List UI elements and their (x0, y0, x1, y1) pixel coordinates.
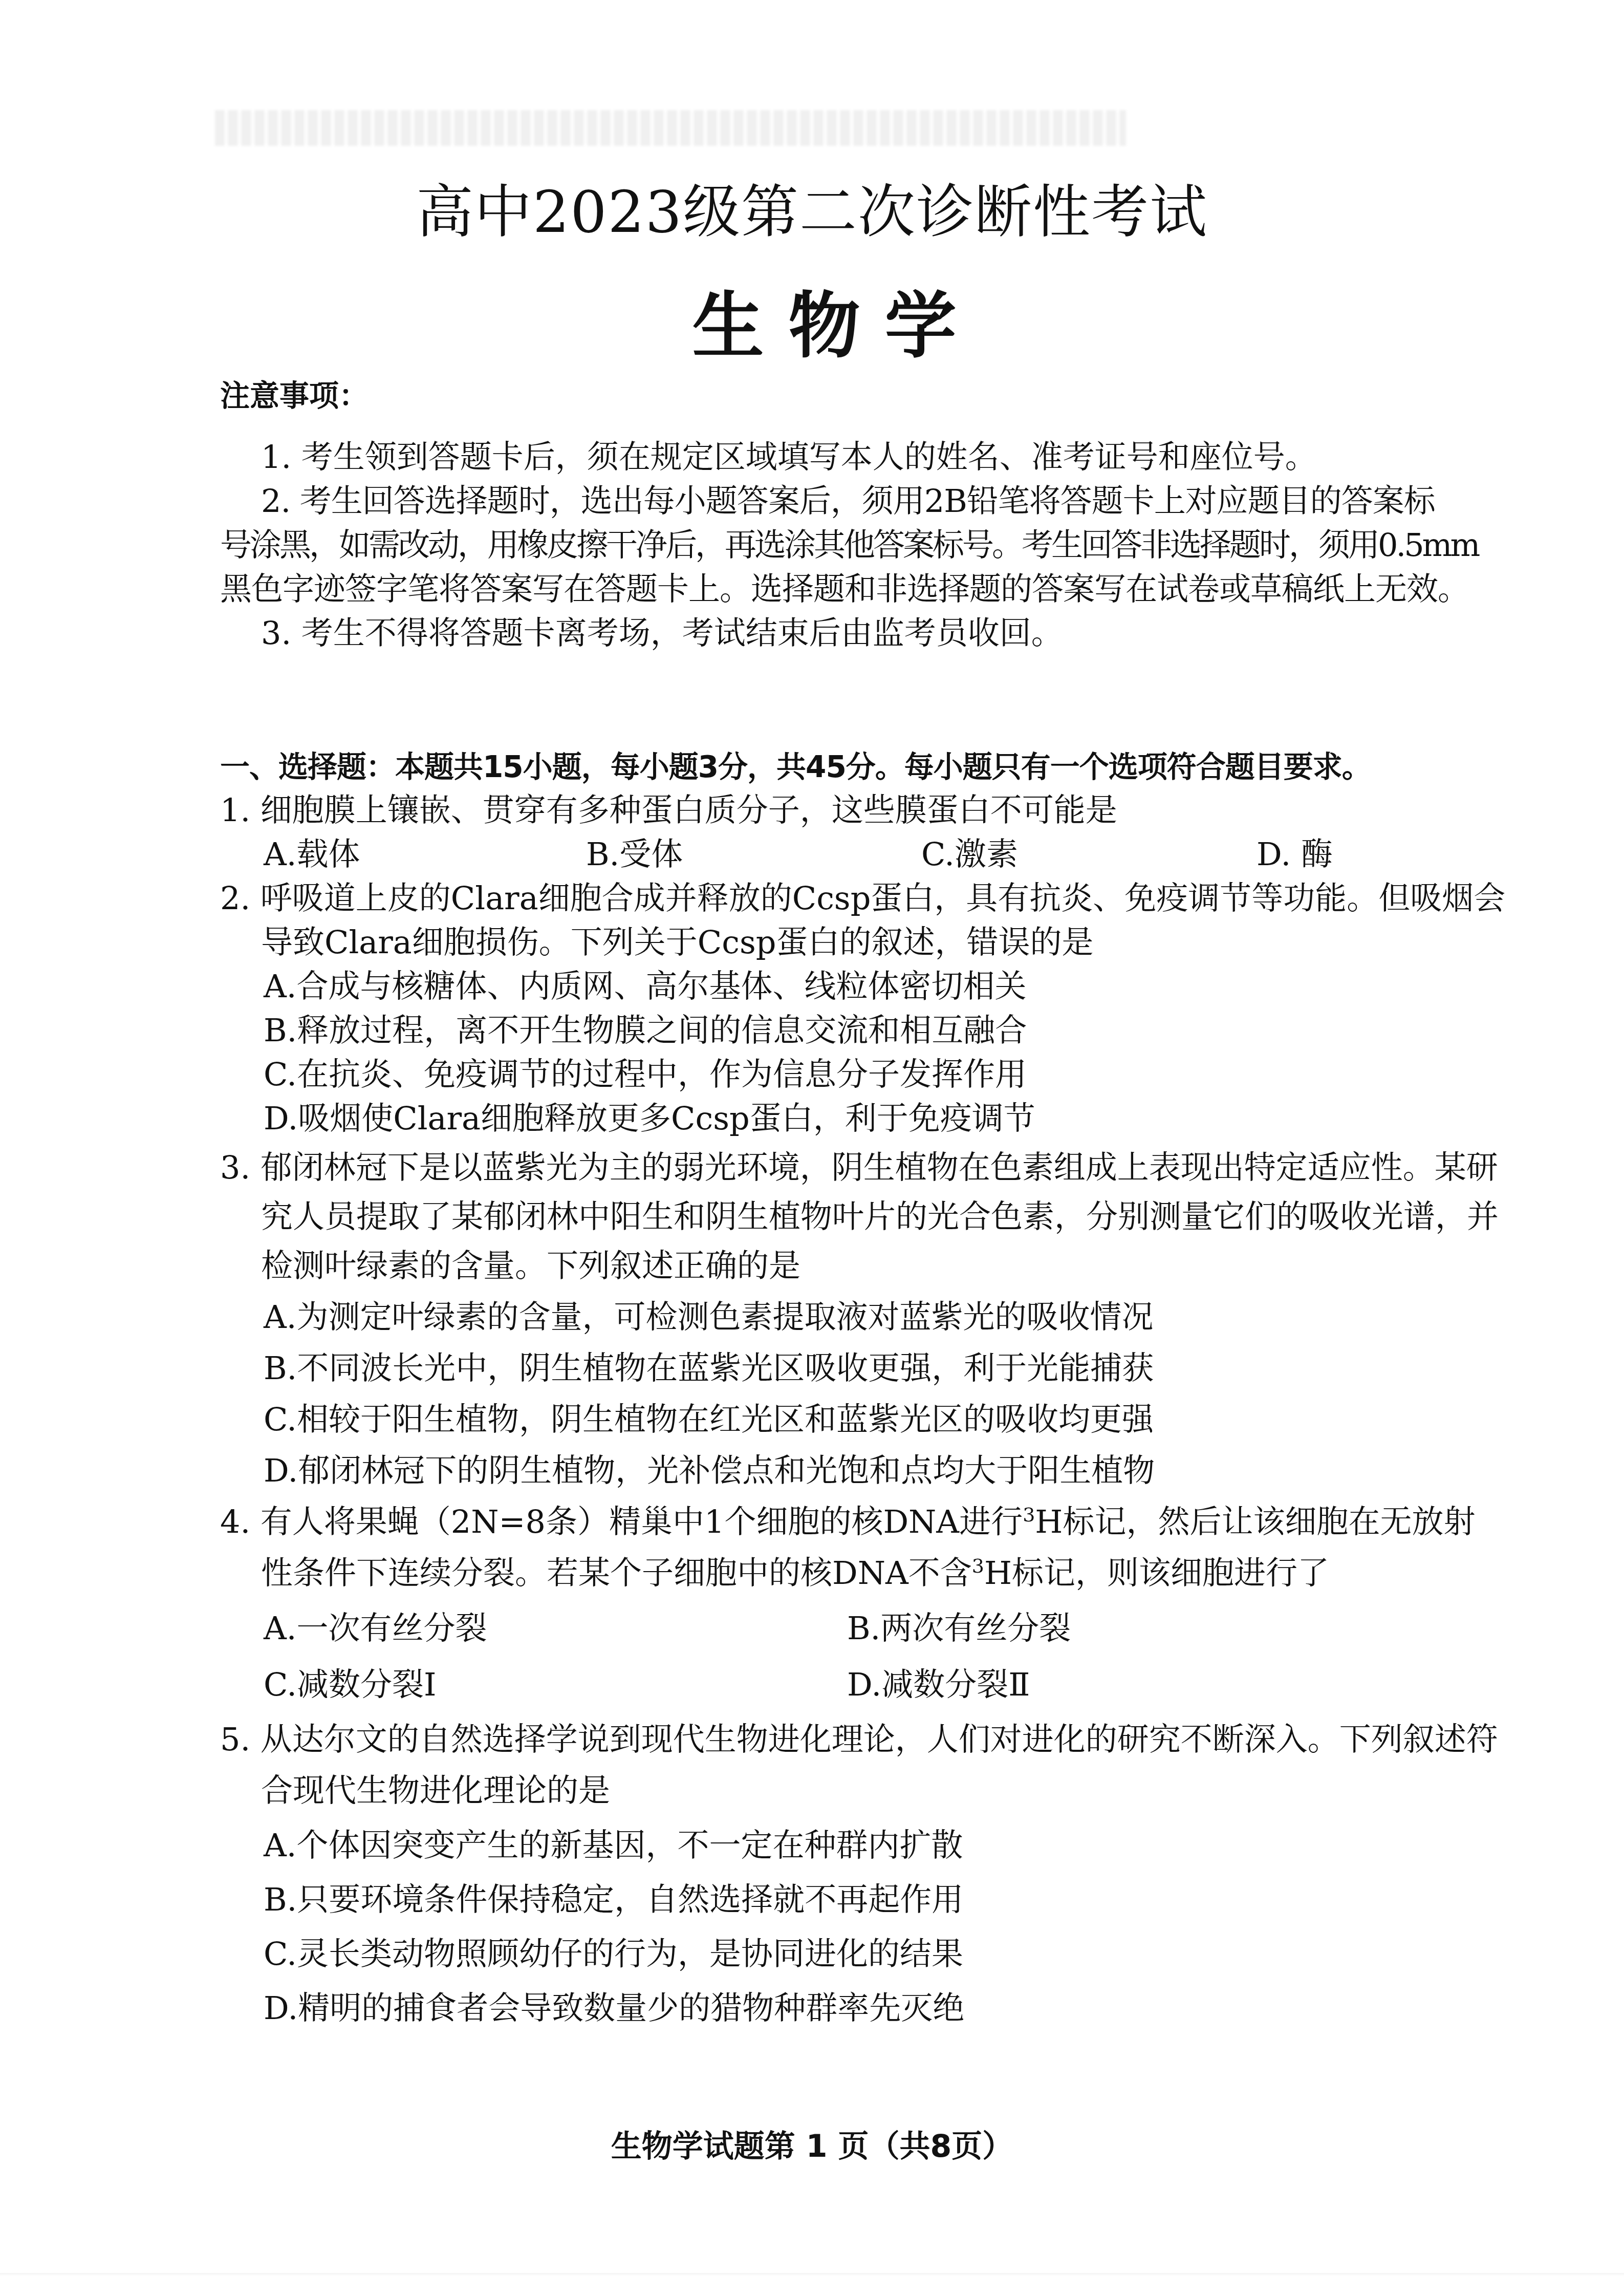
question-1-option-d: D. 酶 (1257, 832, 1333, 876)
question-2-option-b: B.释放过程，离不开生物膜之间的信息交流和相互融合 (264, 1008, 1027, 1053)
question-5-option-d: D.精明的捕食者会导致数量少的猎物种群率先灭绝 (264, 1986, 964, 2030)
question-3-stem-line-2: 究人员提取了某郁闭林中阳生和阴生植物叶片的光合色素，分别测量它们的吸收光谱，并 (261, 1195, 1499, 1239)
scan-artifact (215, 110, 1126, 146)
note-item-2-cont2: 黑色字迹签字笔将答案写在答题卡上。选择题和非选择题的答案写在试卷或草稿纸上无效。 (220, 567, 1469, 611)
question-2-stem-line-2: 导致Clara细胞损伤。下列关于Ccsp蛋白的叙述，错误的是 (261, 920, 1094, 964)
question-5-option-c: C.灵长类动物照顾幼仔的行为，是协同进化的结果 (264, 1932, 963, 1976)
page-footer: 生物学试题第 1 页（共8页） (0, 2122, 1624, 2166)
question-4-option-d: D.减数分裂Ⅱ (847, 1663, 1030, 1707)
scan-edge (0, 2273, 1624, 2276)
question-4-option-a: A.一次有丝分裂 (264, 1606, 487, 1650)
question-1-option-a: A.载体 (264, 832, 360, 876)
note-item-2: 2. 考生回答选择题时，选出每小题答案后，须用2B铅笔将答题卡上对应题目的答案标 (261, 479, 1435, 523)
exam-page: 高中2023级第二次诊断性考试 生物学 注意事项： 1. 考生领到答题卡后，须在… (0, 0, 1624, 2296)
question-2-option-d: D.吸烟使Clara细胞释放更多Ccsp蛋白，利于免疫调节 (264, 1097, 1035, 1141)
note-item-2-cont: 号涂黑，如需改动，用橡皮擦干净后，再选涂其他答案标号。考生回答非选择题时，须用0… (220, 523, 1478, 567)
question-3-option-a: A.为测定叶绿素的含量，可检测色素提取液对蓝紫光的吸收情况 (264, 1295, 1153, 1339)
question-5-option-a: A.个体因突变产生的新基因，不一定在种群内扩散 (264, 1823, 963, 1868)
question-2-option-c: C.在抗炎、免疫调节的过程中，作为信息分子发挥作用 (264, 1053, 1027, 1097)
question-4-stem-line-2: 性条件下连续分裂。若某个子细胞中的核DNA不含3H标记，则该细胞进行了 (261, 1551, 1329, 1595)
question-5-stem-line-1: 5. 从达尔文的自然选择学说到现代生物进化理论，人们对进化的研究不断深入。下列叙… (220, 1718, 1498, 1762)
question-3-stem-line-1: 3. 郁闭林冠下是以蓝紫光为主的弱光环境，阴生植物在色素组成上表现出特定适应性。… (220, 1146, 1498, 1190)
question-1-option-b: B.受体 (586, 832, 683, 876)
question-5-stem-line-2: 合现代生物进化理论的是 (261, 1769, 610, 1813)
question-2-stem-line-1: 2. 呼吸道上皮的Clara细胞合成并释放的Ccsp蛋白，具有抗炎、免疫调节等功… (220, 876, 1505, 920)
question-3-option-d: D.郁闭林冠下的阴生植物，光补偿点和光饱和点均大于阳生植物 (264, 1449, 1155, 1493)
question-1-stem: 1. 细胞膜上镶嵌、贯穿有多种蛋白质分子，这些膜蛋白不可能是 (220, 788, 1117, 832)
question-4-option-c: C.减数分裂Ⅰ (264, 1663, 436, 1707)
question-2-option-a: A.合成与核糖体、内质网、高尔基体、线粒体密切相关 (264, 964, 1026, 1008)
note-item-1: 1. 考生领到答题卡后，须在规定区域填写本人的姓名、准考证号和座位号。 (261, 435, 1317, 479)
question-3-option-b: B.不同波长光中，阴生植物在蓝紫光区吸收更强，利于光能捕获 (264, 1346, 1154, 1390)
question-1-option-c: C.激素 (921, 832, 1018, 876)
section-heading: 一、选择题：本题共15小题，每小题3分，共45分。每小题只有一个选项符合题目要求… (220, 745, 1371, 789)
question-4-stem-line-1: 4. 有人将果蝇（2N=8条）精巢中1个细胞的核DNA进行3H标记，然后让该细胞… (220, 1500, 1475, 1544)
question-4-option-b: B.两次有丝分裂 (847, 1606, 1071, 1650)
question-3-stem-line-3: 检测叶绿素的含量。下列叙述正确的是 (261, 1244, 800, 1288)
question-5-option-b: B.只要环境条件保持稳定，自然选择就不再起作用 (264, 1878, 963, 1922)
notes-label: 注意事项： (220, 374, 369, 418)
note-item-3: 3. 考生不得将答题卡离考场，考试结束后由监考员收回。 (261, 611, 1063, 655)
exam-title: 高中2023级第二次诊断性考试 (0, 166, 1624, 249)
question-3-option-c: C.相较于阳生植物，阴生植物在红光区和蓝紫光区的吸收均更强 (264, 1398, 1154, 1442)
subject-title: 生物学 (0, 269, 1624, 372)
